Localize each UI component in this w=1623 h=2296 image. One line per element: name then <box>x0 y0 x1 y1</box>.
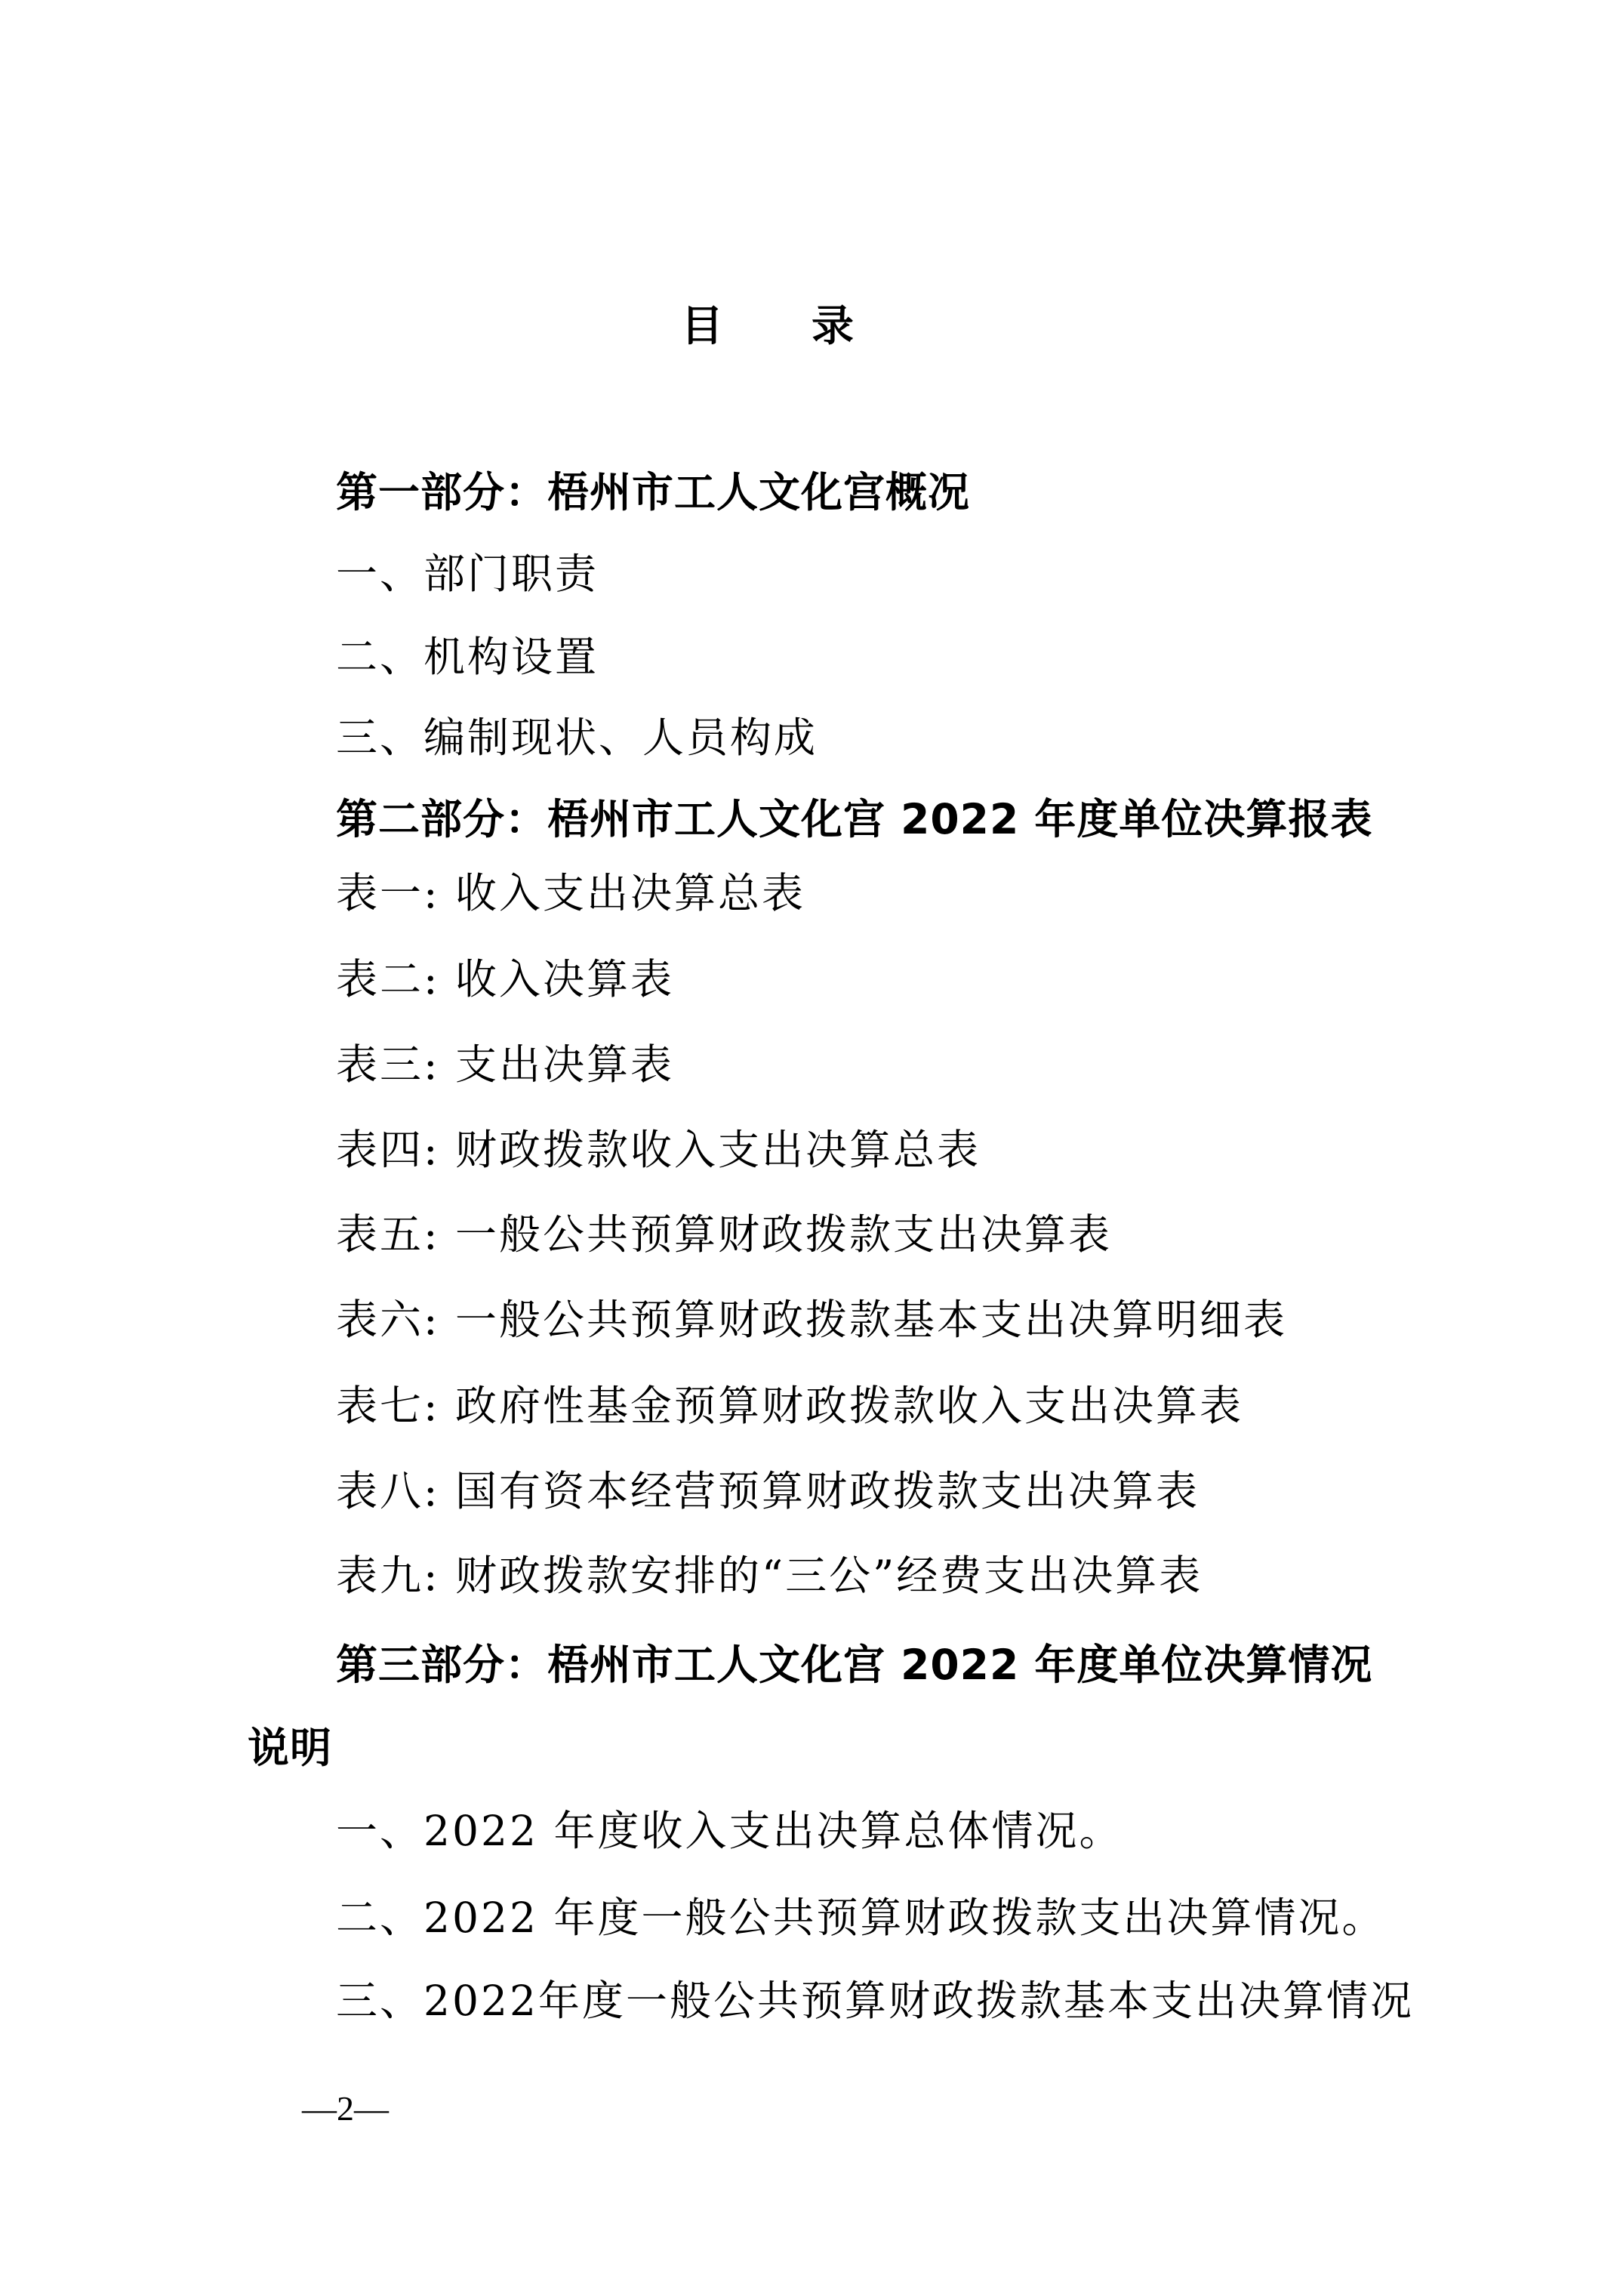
section-3-heading: 第三部分：梧州市工人文化宫 2022 年度单位决算情况 <box>336 1644 1372 1686</box>
section-2-item-1: 表一: 收入支出决算总表 <box>336 873 805 914</box>
toc-title-char-2: 录 <box>811 306 854 348</box>
toc-title-char-1: 目 <box>681 306 723 348</box>
section-2-item-3: 表三: 支出决算表 <box>336 1044 674 1086</box>
section-3-item-1: 一、2022 年度收入支出决算总体情况。 <box>336 1811 1123 1852</box>
toc-title: 目 录 <box>0 306 1623 351</box>
section-3-item-3: 三、2022年度一般公共预算财政拨款基本支出决算情况 <box>336 1980 1414 2022</box>
section-1-heading: 第一部分：梧州市工人文化宫概况 <box>336 472 970 513</box>
section-3-heading-continuation: 说明 <box>248 1727 332 1769</box>
section-2-item-2: 表二: 收入决算表 <box>336 959 674 1000</box>
page-number: —2— <box>302 2091 389 2126</box>
section-2-item-6: 表六: 一般公共预算财政拨款基本支出决算明细表 <box>336 1299 1287 1341</box>
document-page: 目 录 第一部分：梧州市工人文化宫概况 一、部门职责 二、机构设置 三、编制现状… <box>0 0 1623 2296</box>
section-1-item-3: 三、编制现状、人员构成 <box>336 717 818 759</box>
section-2-item-7: 表七: 政府性基金预算财政拨款收入支出决算表 <box>336 1385 1243 1427</box>
section-2-item-4: 表四: 财政拨款收入支出决算总表 <box>336 1130 981 1171</box>
section-3-item-2: 二、2022 年度一般公共预算财政拨款支出决算情况。 <box>336 1897 1385 1939</box>
section-2-item-8: 表八: 国有资本经营预算财政拨款支出决算表 <box>336 1471 1200 1512</box>
section-2-item-9: 表九: 财政拨款安排的“三公”经费支出决算表 <box>336 1555 1203 1597</box>
section-1-item-1: 一、部门职责 <box>336 553 599 595</box>
section-2-item-5: 表五: 一般公共预算财政拨款支出决算表 <box>336 1214 1112 1256</box>
section-1-item-2: 二、机构设置 <box>336 636 599 678</box>
section-2-heading: 第二部分：梧州市工人文化宫 2022 年度单位决算报表 <box>336 799 1372 840</box>
